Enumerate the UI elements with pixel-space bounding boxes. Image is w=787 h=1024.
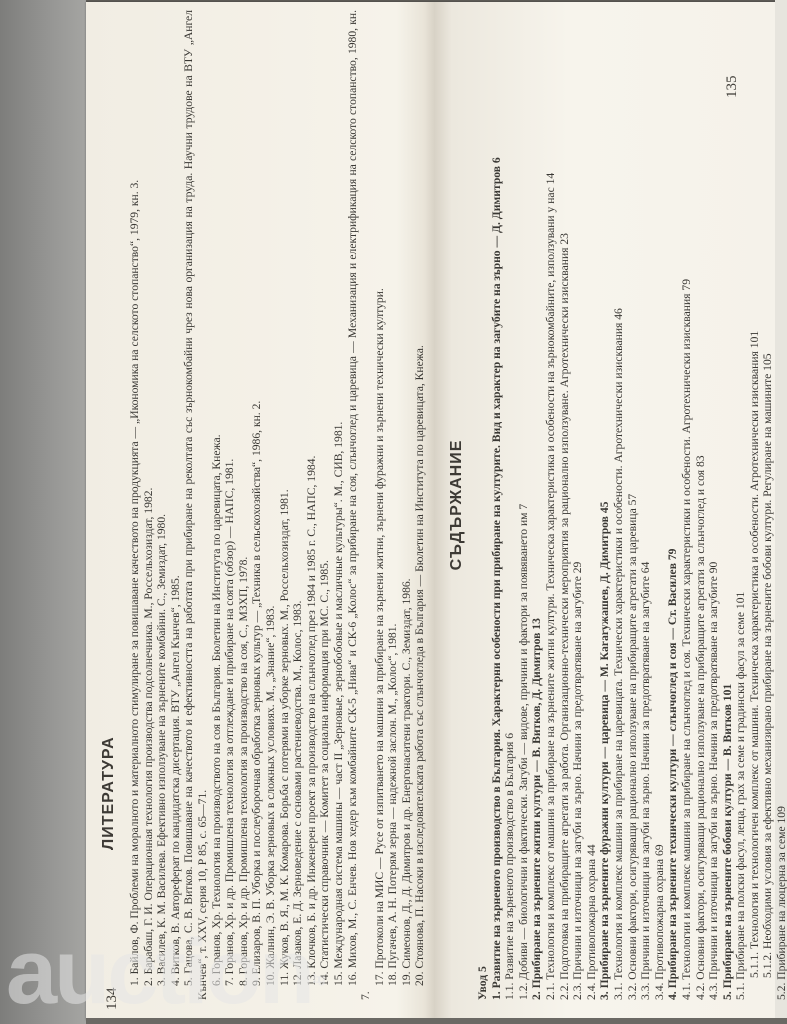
reference-list: 1. Байлов, Ф. Проблеми на моралното и ма… bbox=[128, 10, 427, 1000]
toc-entry-text: 2. Прибиране на зърнените житни култури … bbox=[530, 618, 543, 1000]
reference-item: 5. Гацова, С. В. Витков. Повишаване на к… bbox=[182, 10, 209, 1000]
toc-entry-text: 2.3. Причини и източници на загуби на зъ… bbox=[571, 562, 584, 1000]
reference-item: 8. Горанов, Хр. и др. Промишлена техноло… bbox=[237, 10, 251, 1000]
toc-entry-text: 1. Развитие на зърненото производство в … bbox=[490, 157, 503, 1000]
watermark-word: auction bbox=[6, 921, 312, 1023]
toc-entry: 2.1. Технология и комплекс от машини за … bbox=[544, 10, 558, 1000]
reference-item: 20. Стоянова, П. Насоки в изследователск… bbox=[413, 10, 427, 1000]
toc-entry: 2.2. Подготовка на прибиращите агрегати … bbox=[558, 10, 572, 1000]
toc-entry: 3.2. Основни фактори, осигуряващи рацион… bbox=[626, 10, 640, 1000]
reference-item: 16. Михов, М., С. Енчев. Нов хедер към к… bbox=[346, 10, 373, 1000]
toc-entry: 4.1. Технологии и комплекс машини за при… bbox=[680, 10, 694, 1000]
table-of-contents: Увод 51. Развитие на зърненото производс… bbox=[476, 10, 787, 1000]
reference-item: 1. Байлов, Ф. Проблеми на моралното и ма… bbox=[128, 10, 142, 1000]
toc-entry-text: 3.1. Технология и комплекс машини за при… bbox=[612, 308, 625, 1000]
toc-entry-text: 1.1. Развитие на зърненото производство … bbox=[503, 733, 516, 1000]
toc-entry: 1.2. Добиви — биологични и фактически. З… bbox=[517, 10, 531, 1000]
reference-item: 13. Клочков, Б. и др. Инженерен проект з… bbox=[305, 10, 319, 1000]
toc-entry-text: 5.1.1. Технология и технологичен комплек… bbox=[748, 331, 761, 978]
reference-item: 7. Горанов, Хр. и др. Промишлена техноло… bbox=[223, 10, 237, 1000]
contents-heading: СЪДЪРЖАНИЕ bbox=[448, 10, 466, 1000]
reference-item: 15. Международная система машины — част … bbox=[332, 10, 346, 1000]
toc-entry: 5.1. Прибиране на полски фасул, леща, гр… bbox=[734, 10, 748, 1000]
toc-entry-text: 2.4. Противопожарна охрана 44 bbox=[585, 844, 598, 1000]
watermark-suffix: .bg bbox=[312, 971, 323, 986]
toc-entry-text: 4.3. Причини и източници на загуби на зъ… bbox=[707, 562, 720, 1000]
toc-entry: 1.1. Развитие на зърненото производство … bbox=[503, 10, 517, 1000]
toc-entry: 4.2. Основни фактори, осигуряващи рацион… bbox=[694, 10, 708, 1000]
toc-entry-text: 2.1. Технология и комплекс от машини за … bbox=[544, 173, 557, 1000]
reference-item: 10. Жалнин, Э. В. Уборка зерновых в слож… bbox=[264, 10, 278, 1000]
reference-item: 14. Статистически справочник — Комитет з… bbox=[318, 10, 332, 1000]
toc-entry-text: 5.1. Прибиране на полски фасул, леща, гр… bbox=[734, 592, 747, 1000]
reference-item: 11. Жуков, В. Я., М. К. Комарова. Борьба… bbox=[278, 10, 292, 1000]
reference-item: 12. Лазаков, Е. Д. Зерноведение с основа… bbox=[291, 10, 305, 1000]
toc-entry-text: 5. Прибиране на зърнените бобови култури… bbox=[721, 684, 734, 1000]
toc-entry-text: 1.2. Добиви — биологични и фактически. З… bbox=[517, 504, 530, 1000]
reference-item: 9. Елизаров, В. П. Уборка и послеуборочн… bbox=[250, 10, 264, 1000]
toc-entry: 2.3. Причини и източници на загуби на зъ… bbox=[571, 10, 585, 1000]
toc-entry-text: 4. Прибиране на зърнените технически кул… bbox=[666, 549, 679, 1000]
reference-item: 17. Протоколи на МИС — Русе от изпитване… bbox=[373, 10, 387, 1000]
toc-entry-text: 3.4. Противопожарна охрана 69 bbox=[653, 844, 666, 1000]
toc-entry-text: 3.2. Основни фактори, осигуряващи рацион… bbox=[626, 494, 639, 1000]
reference-item: 2. Барабаш, Г. И. Операционная технологи… bbox=[142, 10, 156, 1000]
scanner-background bbox=[0, 0, 88, 1024]
toc-entry: 3.3. Причини и източници на загуби на зъ… bbox=[639, 10, 653, 1000]
toc-entry: 3. Прибиране на зърнените фуражни култур… bbox=[598, 10, 612, 1000]
toc-entry: 5.1.2. Необходими условия за ефективно м… bbox=[761, 10, 775, 1000]
toc-entry: 5.2. Прибиране на люцерна за семе 109 bbox=[775, 10, 787, 1000]
toc-entry: 1. Развитие на зърненото производство в … bbox=[490, 10, 504, 1000]
reference-item: 18. Пугачев, А. Н. Потерям зерна — надеж… bbox=[386, 10, 400, 1000]
left-page-bibliography: ЛИТЕРАТУРА 1. Байлов, Ф. Проблеми на мор… bbox=[100, 10, 420, 1000]
toc-entry-text: 4.2. Основни фактори, осигуряващи рацион… bbox=[694, 455, 707, 1000]
reference-item: 4. Витков, В. Автореферат по кандидатска… bbox=[169, 10, 183, 1000]
watermark-text: auction.bg bbox=[6, 920, 323, 1024]
reference-item: 19. Симеонов, Д., Д. Димитров и др. Енер… bbox=[400, 10, 414, 1000]
toc-entry: 3.1. Технология и комплекс машини за при… bbox=[612, 10, 626, 1000]
toc-entry: 2.4. Противопожарна охрана 44 bbox=[585, 10, 599, 1000]
reference-item: 3. Василев, К. М. Василева. Ефективно из… bbox=[155, 10, 169, 1000]
toc-entry-text: 3.3. Причини и източници на загуби на зъ… bbox=[639, 562, 652, 1000]
bibliography-heading: ЛИТЕРАТУРА bbox=[100, 10, 118, 850]
auction-watermark: auction.bg bbox=[6, 920, 386, 1020]
toc-entry-text: 3. Прибиране на зърнените фуражни култур… bbox=[598, 502, 611, 1000]
toc-entry: Увод 5 bbox=[476, 10, 490, 1000]
toc-entry-text: 5.1.2. Необходими условия за ефективно м… bbox=[761, 353, 774, 978]
toc-entry-text: Увод 5 bbox=[476, 966, 489, 1000]
page-number-right: 135 bbox=[724, 76, 741, 99]
toc-entry: 4. Прибиране на зърнените технически кул… bbox=[666, 10, 680, 1000]
toc-entry: 3.4. Противопожарна охрана 69 bbox=[653, 10, 667, 1000]
toc-entry: 2. Прибиране на зърнените житни култури … bbox=[530, 10, 544, 1000]
toc-entry: 5.1.1. Технология и технологичен комплек… bbox=[748, 10, 762, 1000]
toc-entry-text: 2.2. Подготовка на прибиращите агрегати … bbox=[558, 233, 571, 1000]
toc-entry-text: 5.2. Прибиране на люцерна за семе 109 bbox=[775, 806, 787, 1000]
toc-entry-text: 4.1. Технологии и комплекс машини за при… bbox=[680, 279, 693, 1000]
toc-entry: 5. Прибиране на зърнените бобови култури… bbox=[721, 10, 735, 1000]
reference-item: 6. Горанов, Хр. Технология на производст… bbox=[210, 10, 224, 1000]
toc-entry: 4.3. Причини и източници на загуби на зъ… bbox=[707, 10, 721, 1000]
right-page-contents: СЪДЪРЖАНИЕ Увод 51. Развитие на зърненот… bbox=[448, 10, 768, 1000]
